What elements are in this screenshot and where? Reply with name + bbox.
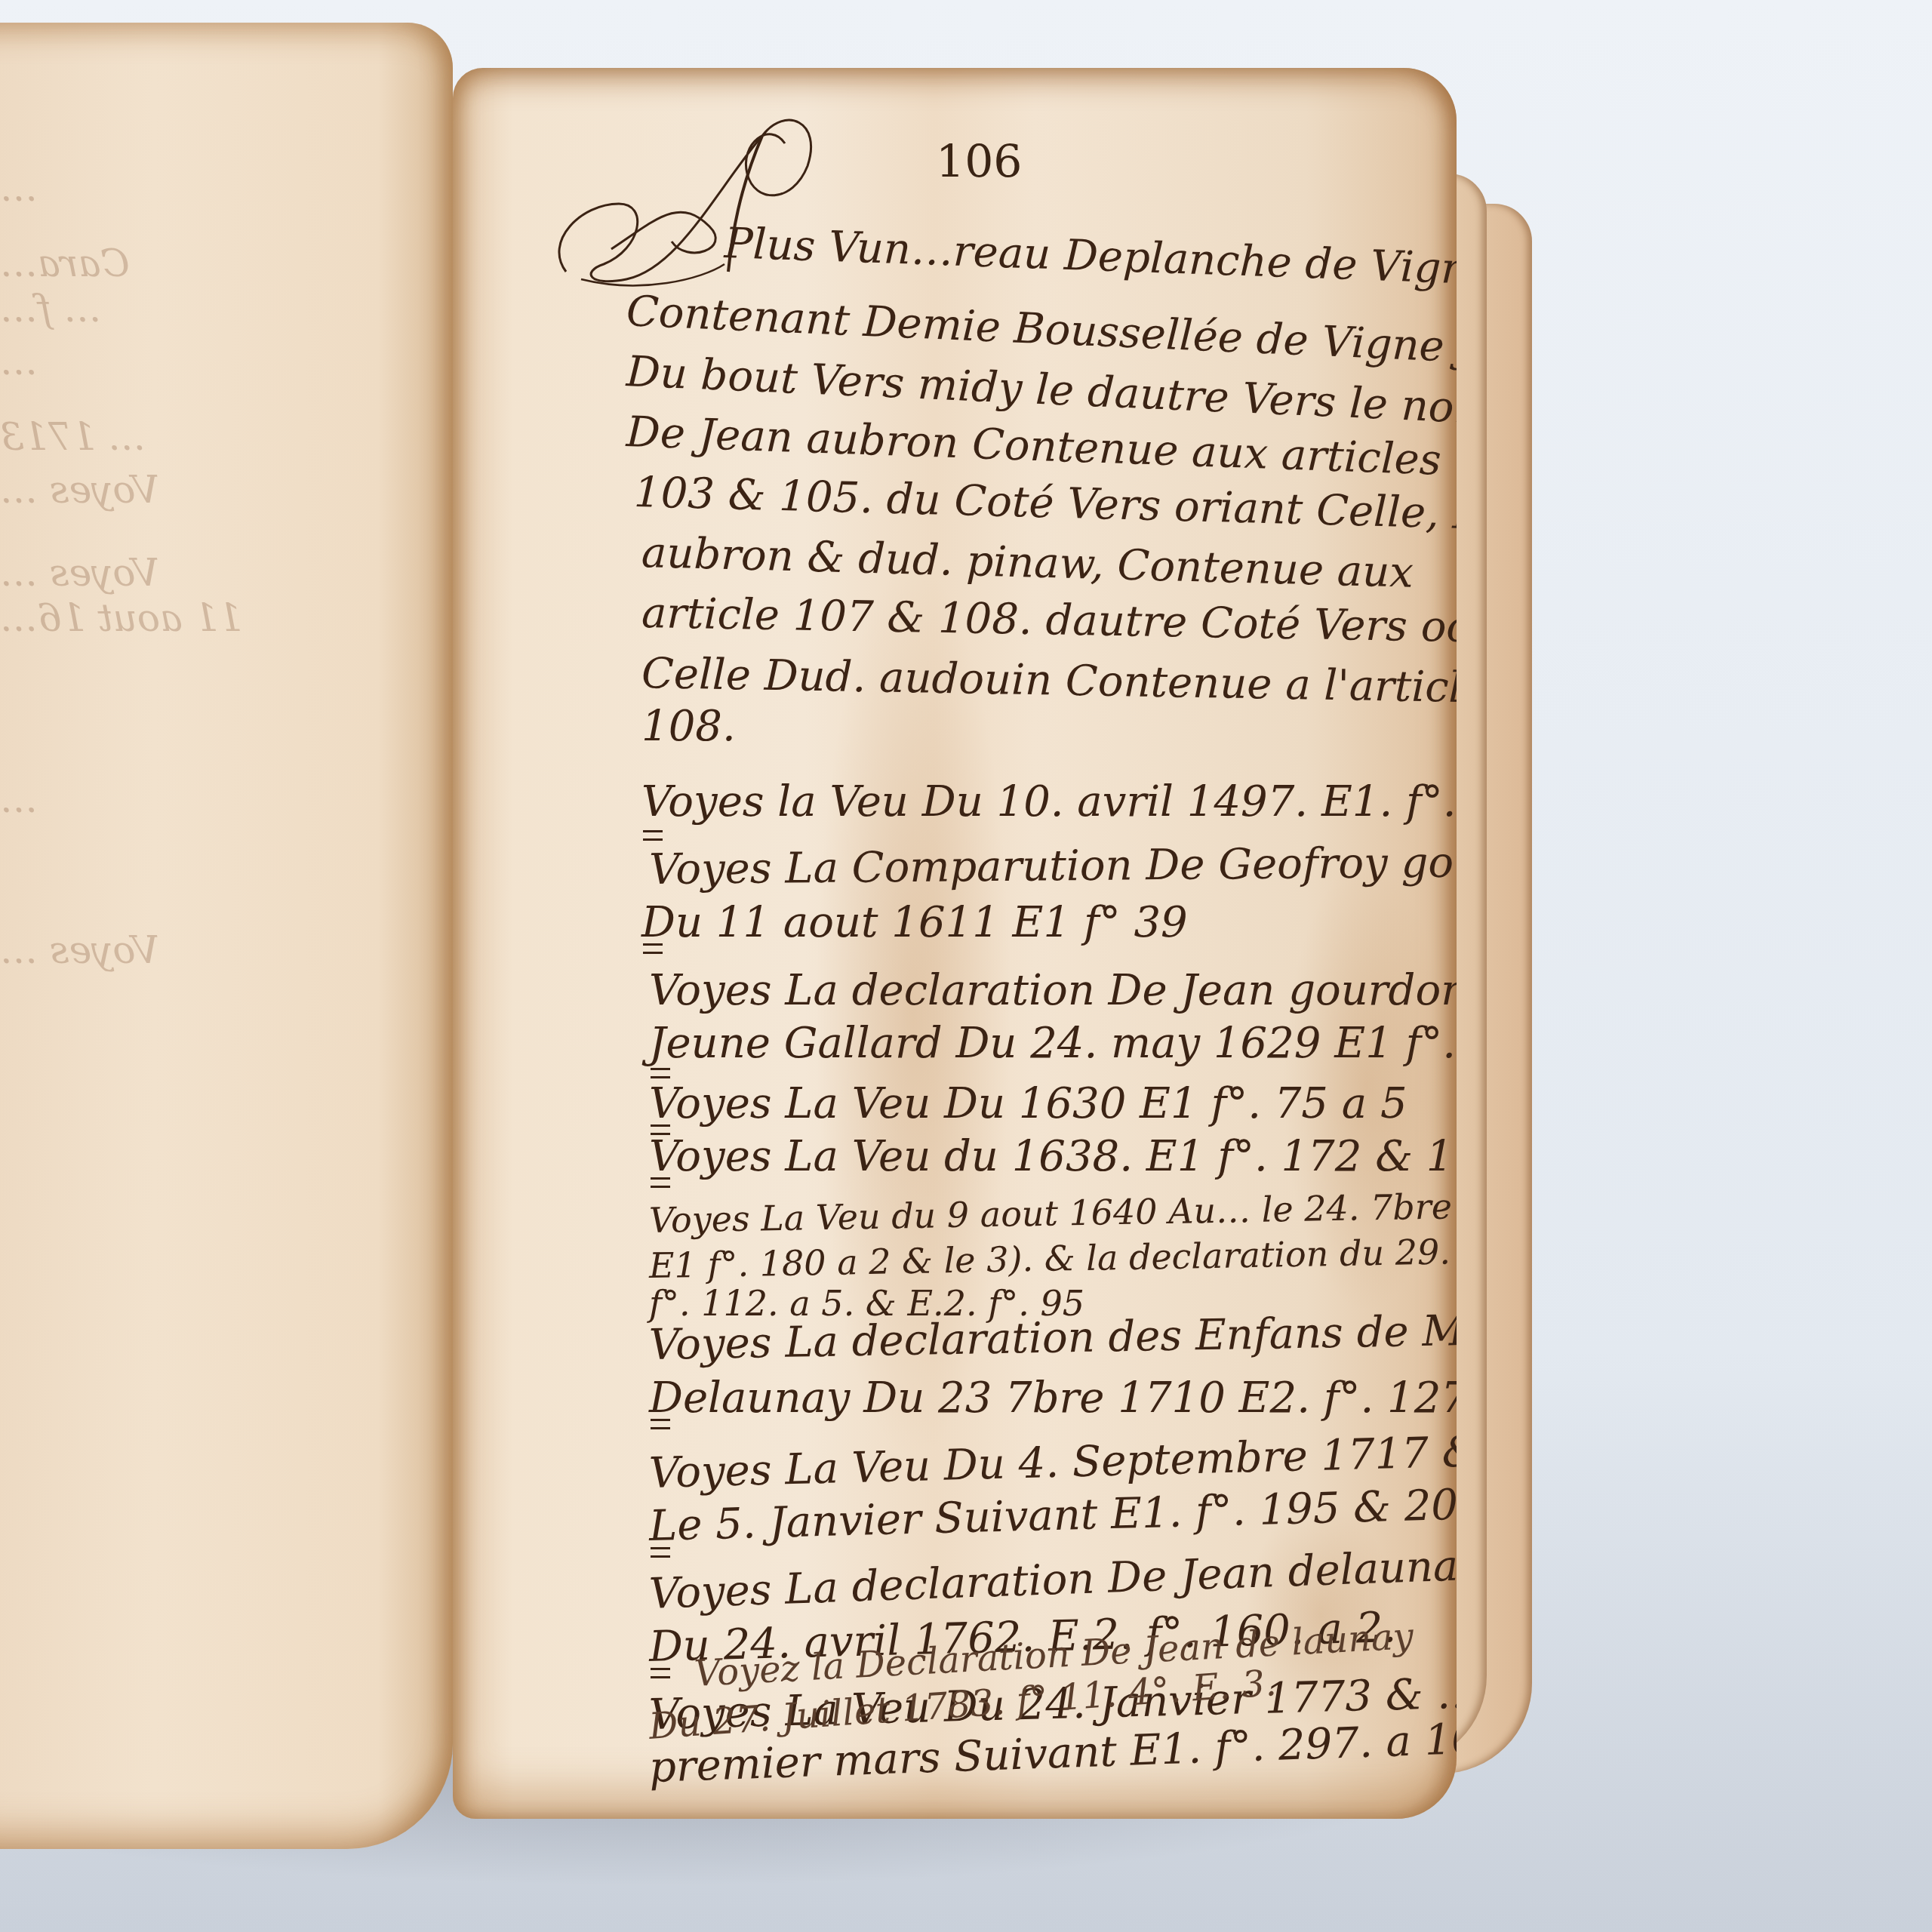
bleed-through-line: Cara… [0,241,130,285]
left-page: … Cara… … f… … … 1713 Voyes … Voyes … 11… [0,23,453,1849]
manuscript-line: Voyes La Comparution De Geofroy gourdon [649,837,1457,894]
manuscript-line: Jeune Gallard Du 24. may 1629 E1 f°. 69. [649,1019,1457,1068]
double-underline-mark [651,1668,670,1678]
manuscript-line: Celle Dud. audouin Contenue a l'article [641,649,1457,713]
double-underline-mark [651,1547,670,1558]
bleed-through-line: … 1713 [0,415,146,459]
bleed-through-line: Voyes … [0,551,159,595]
page-number: 106 [936,136,1023,189]
double-underline-mark [651,1068,670,1078]
manuscript-line: aubron & dud. pinaw, Contenue aux [641,528,1414,598]
bleed-through-line: 11 aout 16… [0,596,242,640]
manuscript-line: Du 11 aout 1611 E1 f° 39 [641,898,1188,947]
manuscript-line: Voyes La Veu Du 1630 E1 f°. 75 a 5 [649,1079,1407,1128]
bleed-through-line: Voyes … [0,928,159,972]
double-underline-mark [643,830,663,841]
manuscript-line: Voyes La declaration De Jean gourdon [649,966,1457,1015]
bleed-through-line: … [0,777,38,821]
bleed-through-line: Voyes … [0,468,159,512]
bleed-through-line: … [0,166,38,210]
bleed-through-line: … [0,340,38,383]
manuscript-line: Plus Vun…reau Deplanche de Vigne [724,219,1457,295]
manuscript-line: article 107 & 108. dautre Coté Vers ocid… [641,589,1457,654]
manuscript-line: Voyes La Veu du 1638. E1 f°. 172 & 176 a… [649,1132,1457,1181]
bleed-through-line: … f… [0,287,101,331]
double-underline-mark [651,1419,670,1429]
double-underline-mark [643,943,663,954]
decorative-initial-p-icon [536,91,823,317]
manuscript-line: Voyes la Veu Du 10. avril 1497. E1. f°. … [641,777,1457,826]
right-page: 106 Plus Vun…reau Deplanche de Vigne Con… [453,68,1457,1819]
photo-scene: … Cara… … f… … … 1713 Voyes … Voyes … 11… [0,0,1932,1932]
manuscript-line: Delaunay Du 23 7bre 1710 E2. f°. 127. a … [649,1374,1457,1423]
manuscript-line: 108. [641,702,736,751]
double-underline-mark [651,1177,670,1188]
